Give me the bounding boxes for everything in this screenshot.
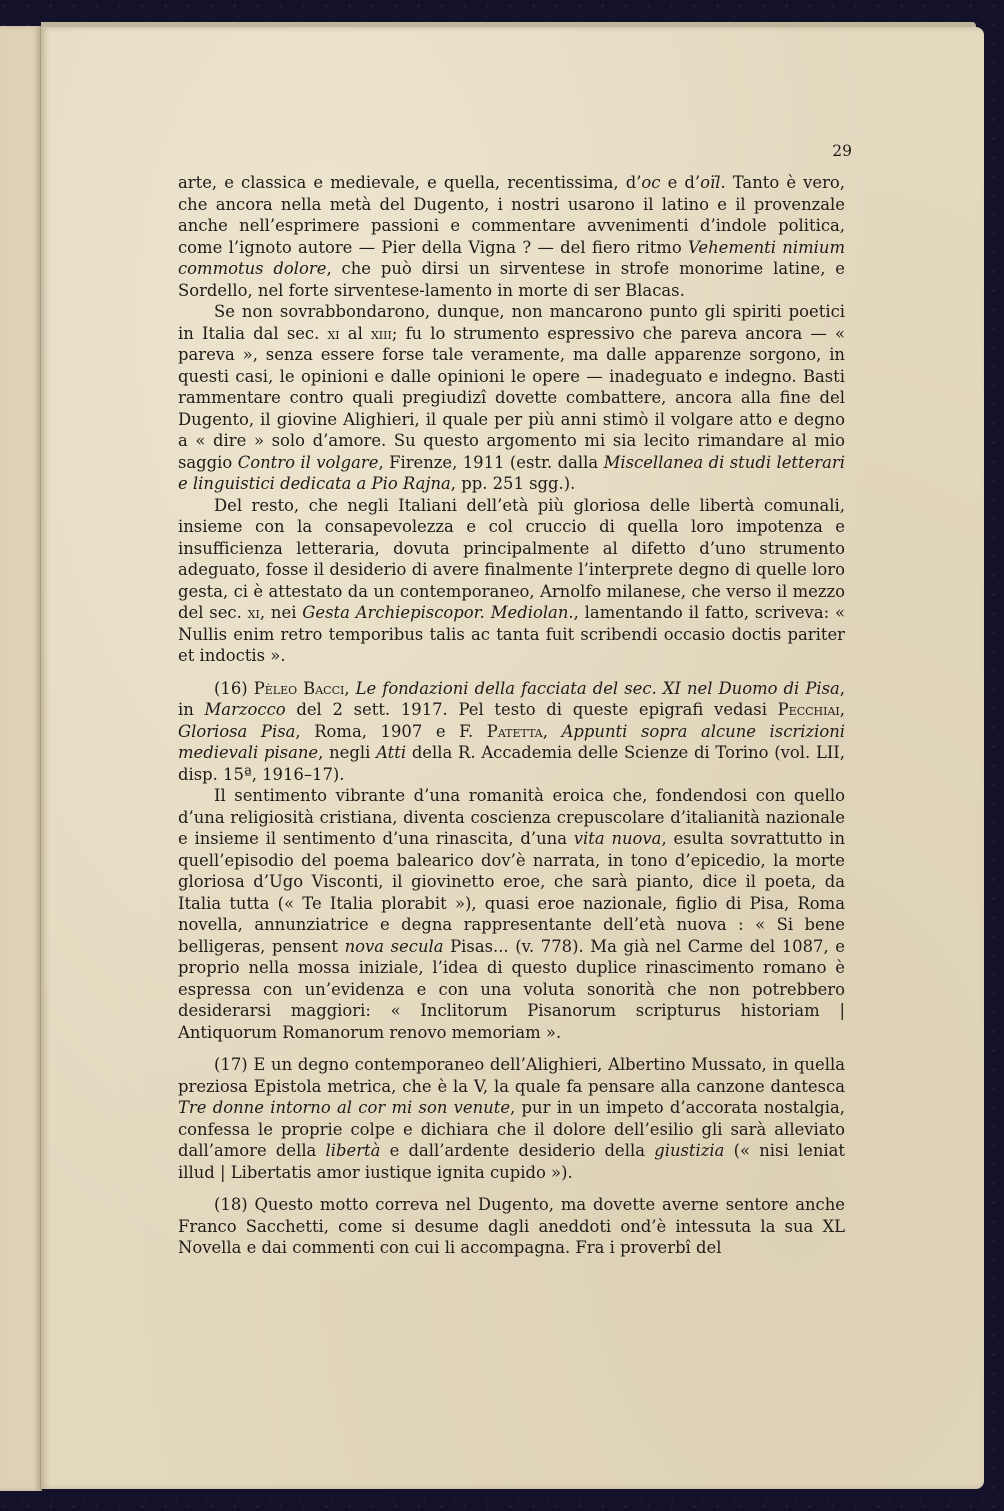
text-run: e dall’ardente desiderio della bbox=[380, 1141, 654, 1160]
small-caps-name: Patetta bbox=[487, 722, 543, 741]
text-run: arte, e classica e medievale, e quella, … bbox=[178, 173, 641, 192]
text-run: (16) bbox=[214, 679, 254, 698]
text-run: , nei bbox=[260, 603, 302, 622]
text-run: al bbox=[340, 324, 371, 343]
small-caps-name: Pecchiai bbox=[778, 700, 840, 719]
page-number: 29 bbox=[812, 142, 852, 160]
italic-text: vita nuova bbox=[574, 829, 662, 848]
text-run: , bbox=[840, 700, 845, 719]
italic-text: libertà bbox=[326, 1141, 381, 1160]
small-caps-name: xi bbox=[327, 324, 339, 343]
italic-text: Le fondazioni della facciata del sec. XI… bbox=[356, 679, 840, 698]
paragraph: Del resto, che negli Italiani dell’età p… bbox=[178, 495, 845, 667]
text-run: (18) Questo motto correva nel Dugento, m… bbox=[178, 1195, 845, 1257]
italic-text: oc bbox=[641, 173, 660, 192]
paragraph: arte, e classica e medievale, e quella, … bbox=[178, 172, 845, 301]
italic-text: giustizia bbox=[654, 1141, 724, 1160]
footnote-16: (16) Pèleo Bacci, Le fondazioni della fa… bbox=[178, 678, 845, 786]
italic-text: oïl. bbox=[700, 173, 726, 192]
italic-text: nova secula bbox=[345, 937, 444, 956]
text-run: del 2 sett. 1917. Pel testo di queste ep… bbox=[286, 700, 778, 719]
small-caps-name: xi bbox=[248, 603, 260, 622]
italic-text: Contro il volgare bbox=[238, 453, 379, 472]
footnote-18: (18) Questo motto correva nel Dugento, m… bbox=[178, 1194, 845, 1259]
small-caps-name: Pèleo Bacci bbox=[254, 679, 345, 698]
text-run: , Roma, 1907 e F. bbox=[295, 722, 486, 741]
binding-strip bbox=[0, 26, 42, 1491]
text-run: e d’ bbox=[660, 173, 700, 192]
page-body: arte, e classica e medievale, e quella, … bbox=[178, 172, 845, 1259]
text-run: ; fu lo strumento espressivo che pareva … bbox=[178, 324, 845, 472]
text-run: , negli bbox=[318, 743, 376, 762]
text-run: (17) E un degno contemporaneo dell’Aligh… bbox=[178, 1055, 845, 1096]
text-run: , bbox=[543, 722, 562, 741]
footnote-17: (17) E un degno contemporaneo dell’Aligh… bbox=[178, 1054, 845, 1183]
italic-text: Tre donne intorno al cor mi son venute bbox=[178, 1098, 510, 1117]
small-caps-name: xiii bbox=[371, 324, 392, 343]
italic-text: Gloriosa Pisa bbox=[178, 722, 295, 741]
italic-text: Atti bbox=[376, 743, 406, 762]
text-run: , pp. 251 sgg.). bbox=[451, 474, 576, 493]
italic-text: Marzocco bbox=[205, 700, 286, 719]
text-run: , bbox=[344, 679, 355, 698]
paragraph: Se non sovrabbondarono, dunque, non manc… bbox=[178, 301, 845, 495]
text-run: , Firenze, 1911 (estr. dalla bbox=[378, 453, 603, 472]
footnote-16-continuation: Il sentimento vibrante d’una romanità er… bbox=[178, 785, 845, 1043]
italic-text: Gesta Archiepiscopor. Mediolan. bbox=[302, 603, 573, 622]
